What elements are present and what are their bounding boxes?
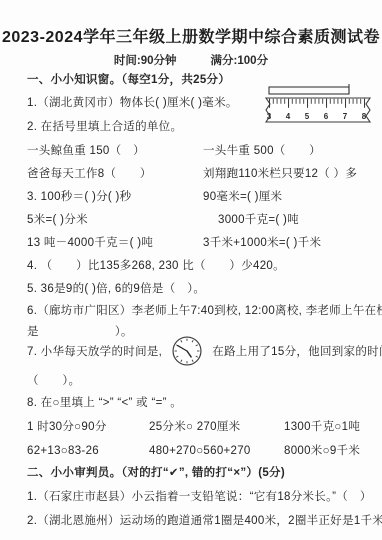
question-8-heading: 8. 在○里填上 “>” “<” 或 “=” 。 <box>27 396 374 410</box>
question-8-row-1: 1 时30分○90分 25分米○ 270厘米 1300千克○1吨 <box>27 420 374 434</box>
judge-answer-blank: （ ） <box>336 490 371 504</box>
compare-item: 1300千克○1吨 <box>284 420 374 434</box>
fill-unit-item: 爸爸每天工作8（ ） <box>27 167 203 181</box>
question-7-text-after: 在路上用了15分，他回到家的时间是 <box>212 343 382 359</box>
clock-icon <box>169 333 205 369</box>
judge-question-text: 1.（石家庄市赵县）小云指着一支铅笔说：“它有18分米长。” <box>27 490 336 504</box>
question-7: 7. 小华每天放学的时间是, 在路上用了15分，他回到家的时间是 <box>27 332 374 370</box>
question-6-line-1: 6.（廊坊市广阳区）李老师上午7:40到校, 12:00离校, 李老师上午在校时… <box>27 304 374 318</box>
conversion-item: 3000千克=( )吨 <box>203 213 374 227</box>
conversion-item: 3. 100秒＝( )分( )秒 <box>27 190 203 204</box>
compare-item: 1 时30分○90分 <box>27 420 149 434</box>
question-7-line-2: （ ）。 <box>27 374 374 388</box>
conversion-item: 90毫米=( )厘米 <box>203 190 374 204</box>
measured-object <box>269 87 349 94</box>
score-label: 满分:100分 <box>211 52 269 68</box>
judge-question-text: 2.（湖北恩施州）运动场的跑道通常1圈是400米，2圈半正好是1千米. <box>27 514 382 528</box>
question-2-heading: 2. 在括号里填上合适的单位。 <box>27 120 374 134</box>
fill-unit-item: 刘翔跑110米栏只要12（ ）多 <box>203 167 374 181</box>
conversion-item: 5米=( )分米 <box>27 213 203 227</box>
section2-heading: 二、小小审判员。（对的打“✔”, 错的打“×”）(5分) <box>27 466 374 480</box>
time-label: 时间:90分钟 <box>114 52 177 68</box>
question-2-row-1: 一头鲸鱼重 150（ ） 一头牛重 500（ ） <box>27 144 374 158</box>
question-3-row-3: 13 吨－4000千克＝( )吨 3千米+1000米=( )千米 <box>27 236 374 250</box>
question-4: 4. （ ）比135多268, 230 比（ ）少420。 <box>27 259 374 273</box>
conversion-item: 3千米+1000米=( )千米 <box>203 236 374 250</box>
compare-item: 480+270○560+270 <box>149 444 284 458</box>
page-title: 2023-2024学年三年级上册数学期中综合素质测试卷 <box>0 24 382 47</box>
question-3-row-1: 3. 100秒＝( )分( )秒 90毫米=( )厘米 <box>27 190 374 204</box>
exam-meta: 时间:90分钟 满分:100分 <box>0 52 382 68</box>
question-7-text-before: 7. 小华每天放学的时间是, <box>27 343 162 359</box>
compare-item: 62+13○83-26 <box>27 444 149 458</box>
fill-unit-item: 一头鲸鱼重 150（ ） <box>27 144 203 158</box>
question-5: 5. 36是9的( )倍, 6的9倍是（ ）。 <box>27 282 374 296</box>
fill-unit-item: 一头牛重 500（ ） <box>203 144 374 158</box>
compare-item: 8000米○9千米 <box>284 444 374 458</box>
compare-item: 25分米○ 270厘米 <box>149 420 284 434</box>
question-3-row-2: 5米=( )分米 3000千克=( )吨 <box>27 213 374 227</box>
question-2-row-2: 爸爸每天工作8（ ） 刘翔跑110米栏只要12（ ）多 <box>27 167 374 181</box>
question-8-row-2: 62+13○83-26 480+270○560+270 8000米○9千米 <box>27 444 374 458</box>
exam-paper: 2023-2024学年三年级上册数学期中综合素质测试卷 时间:90分钟 满分:1… <box>0 0 382 540</box>
conversion-item: 13 吨－4000千克＝( )吨 <box>27 236 203 250</box>
judge-question-1: 1.（石家庄市赵县）小云指着一支铅笔说：“它有18分米长。” （ ） <box>27 490 374 504</box>
judge-question-2: 2.（湖北恩施州）运动场的跑道通常1圈是400米，2圈半正好是1千米. （ ） <box>27 514 374 528</box>
